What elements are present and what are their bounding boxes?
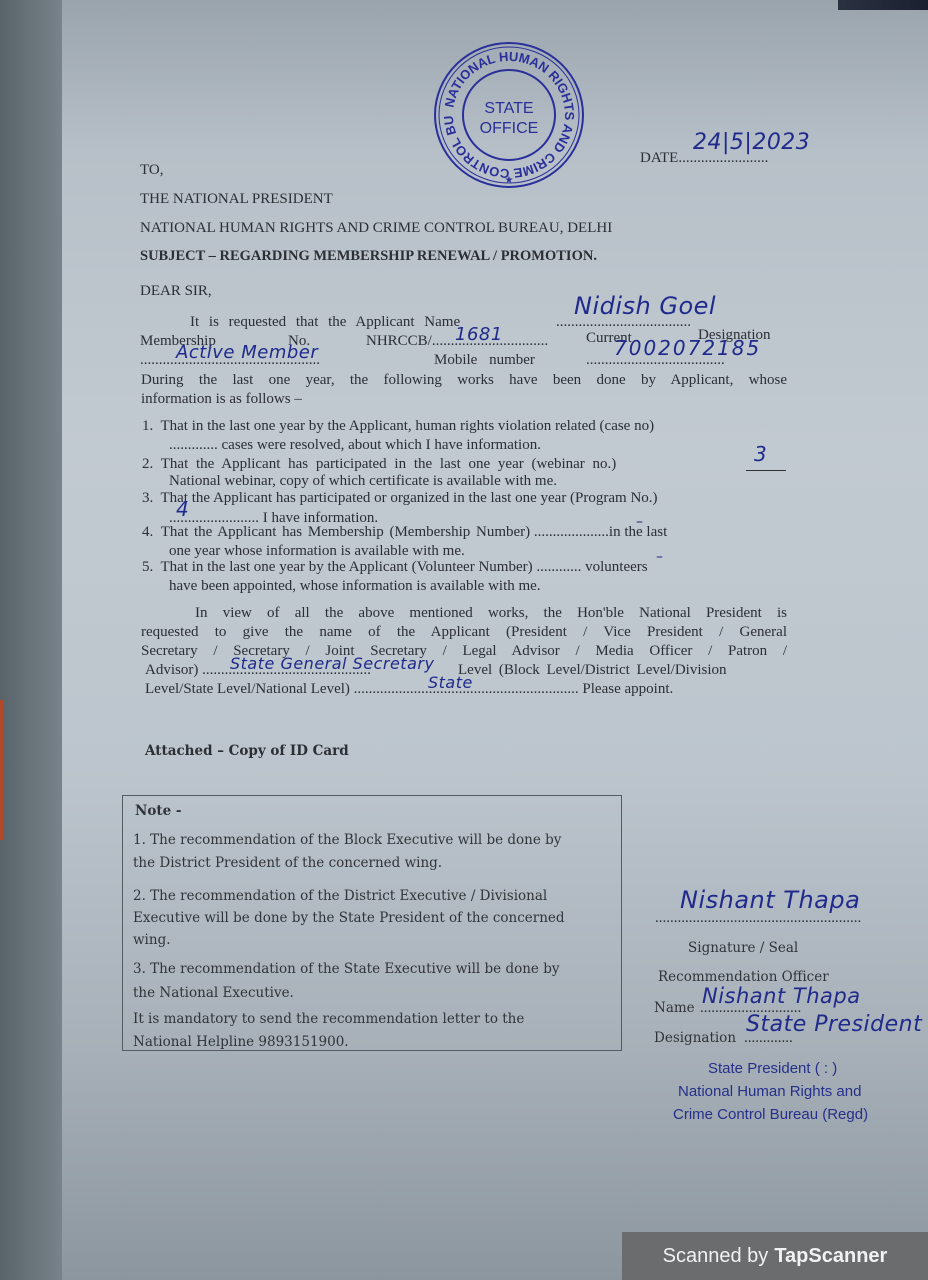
- list-item-3: 3. That the Applicant has participated o…: [142, 490, 658, 507]
- date-value: 24|5|2023: [693, 130, 810, 155]
- watermark-prefix: Scanned by: [663, 1245, 769, 1268]
- recipient-org: NATIONAL HUMAN RIGHTS AND CRIME CONTROL …: [140, 220, 612, 237]
- to-label: TO,: [140, 162, 163, 179]
- scanner-watermark: Scanned by TapScanner: [622, 1232, 928, 1280]
- background-object: [0, 700, 4, 840]
- subject-line: SUBJECT – REGARDING MEMBERSHIP RENEWAL /…: [140, 248, 597, 265]
- designation-label-sig: Designation: [654, 1030, 736, 1046]
- svg-text:OFFICE: OFFICE: [480, 120, 539, 137]
- list-item-2: 2. That the Applicant has participated i…: [142, 456, 616, 473]
- state-office-stamp: NATIONAL HUMAN RIGHTS AND CRIME CONTROL …: [432, 40, 586, 190]
- requested-post: State General Secretary: [230, 654, 434, 673]
- request-line-1: In view of all the above mentioned works…: [195, 605, 787, 622]
- recipient-title: THE NATIONAL PRESIDENT: [140, 191, 333, 208]
- svg-text:★: ★: [505, 175, 514, 186]
- webinar-count: 3: [754, 442, 767, 466]
- seal-line-2: National Human Rights and: [678, 1083, 861, 1100]
- watermark-brand: TapScanner: [774, 1245, 887, 1268]
- applicant-name: Nidish Goel: [574, 292, 716, 320]
- mobile-label: Mobile number: [434, 352, 535, 369]
- officer-label: Recommendation Officer: [658, 969, 829, 985]
- intro-line: It is requested that the Applicant Name: [190, 314, 460, 331]
- request-line-4-end: Level (Block Level/District Level/Divisi…: [458, 662, 727, 679]
- request-line-5: Level/State Level/National Level) ......…: [145, 681, 673, 698]
- program-count: 4: [176, 497, 189, 521]
- note-item-2-cont: Executive will be done by the State Pres…: [133, 910, 565, 926]
- volunteer-count: –: [656, 549, 664, 565]
- note-item-1: 1. The recommendation of the Block Execu…: [133, 832, 561, 848]
- list-item-1: 1. That in the last one year by the Appl…: [142, 418, 654, 435]
- attachment-line: Attached – Copy of ID Card: [145, 743, 349, 759]
- list-item-4: 4. That the Applicant has Membership (Me…: [142, 524, 667, 541]
- requested-level: State: [428, 673, 473, 692]
- note-item-4-cont: National Helpline 9893151900.: [133, 1034, 349, 1050]
- note-item-2-cont2: wing.: [133, 932, 171, 948]
- salutation: DEAR SIR,: [140, 283, 212, 300]
- works-intro-2: information is as follows –: [141, 391, 302, 408]
- note-item-4: It is mandatory to send the recommendati…: [133, 1011, 524, 1027]
- signature-label: Signature / Seal: [688, 940, 798, 956]
- name-label: Name: [654, 1000, 695, 1016]
- note-item-3-cont: the National Executive.: [133, 985, 294, 1001]
- background-corner: [838, 0, 928, 10]
- seal-line-3: Crime Control Bureau (Regd): [673, 1106, 868, 1123]
- mobile-number: 7002072185: [614, 336, 761, 360]
- membership-count: –: [636, 514, 644, 530]
- works-intro: During the last one year, the following …: [141, 372, 787, 389]
- list-item-5: 5. That in the last one year by the Appl…: [142, 559, 648, 576]
- request-line-2: requested to give the name of the Applic…: [141, 624, 787, 641]
- list-item-1-cont: ............. cases were resolved, about…: [169, 437, 541, 454]
- note-item-3: 3. The recommendation of the State Execu…: [133, 961, 559, 977]
- signature-dots: ........................................…: [655, 910, 861, 927]
- officer-designation: State President: [746, 1012, 922, 1037]
- note-item-1-cont: the District President of the concerned …: [133, 855, 442, 871]
- note-item-2: 2. The recommendation of the District Ex…: [133, 888, 547, 904]
- stamp-seal-icon: NATIONAL HUMAN RIGHTS AND CRIME CONTROL …: [432, 40, 586, 190]
- list-item-4-cont: one year whose information is available …: [169, 543, 465, 560]
- list-item-2-cont: National webinar, copy of which certific…: [169, 473, 557, 490]
- list-item-5-cont: have been appointed, whose information i…: [169, 578, 541, 595]
- current-designation: Active Member: [176, 342, 318, 363]
- membership-number: 1681: [455, 324, 503, 345]
- seal-line-1: State President ( : ): [708, 1060, 837, 1077]
- officer-name: Nishant Thapa: [702, 984, 861, 1008]
- svg-text:STATE: STATE: [484, 100, 533, 117]
- note-title: Note -: [135, 803, 181, 819]
